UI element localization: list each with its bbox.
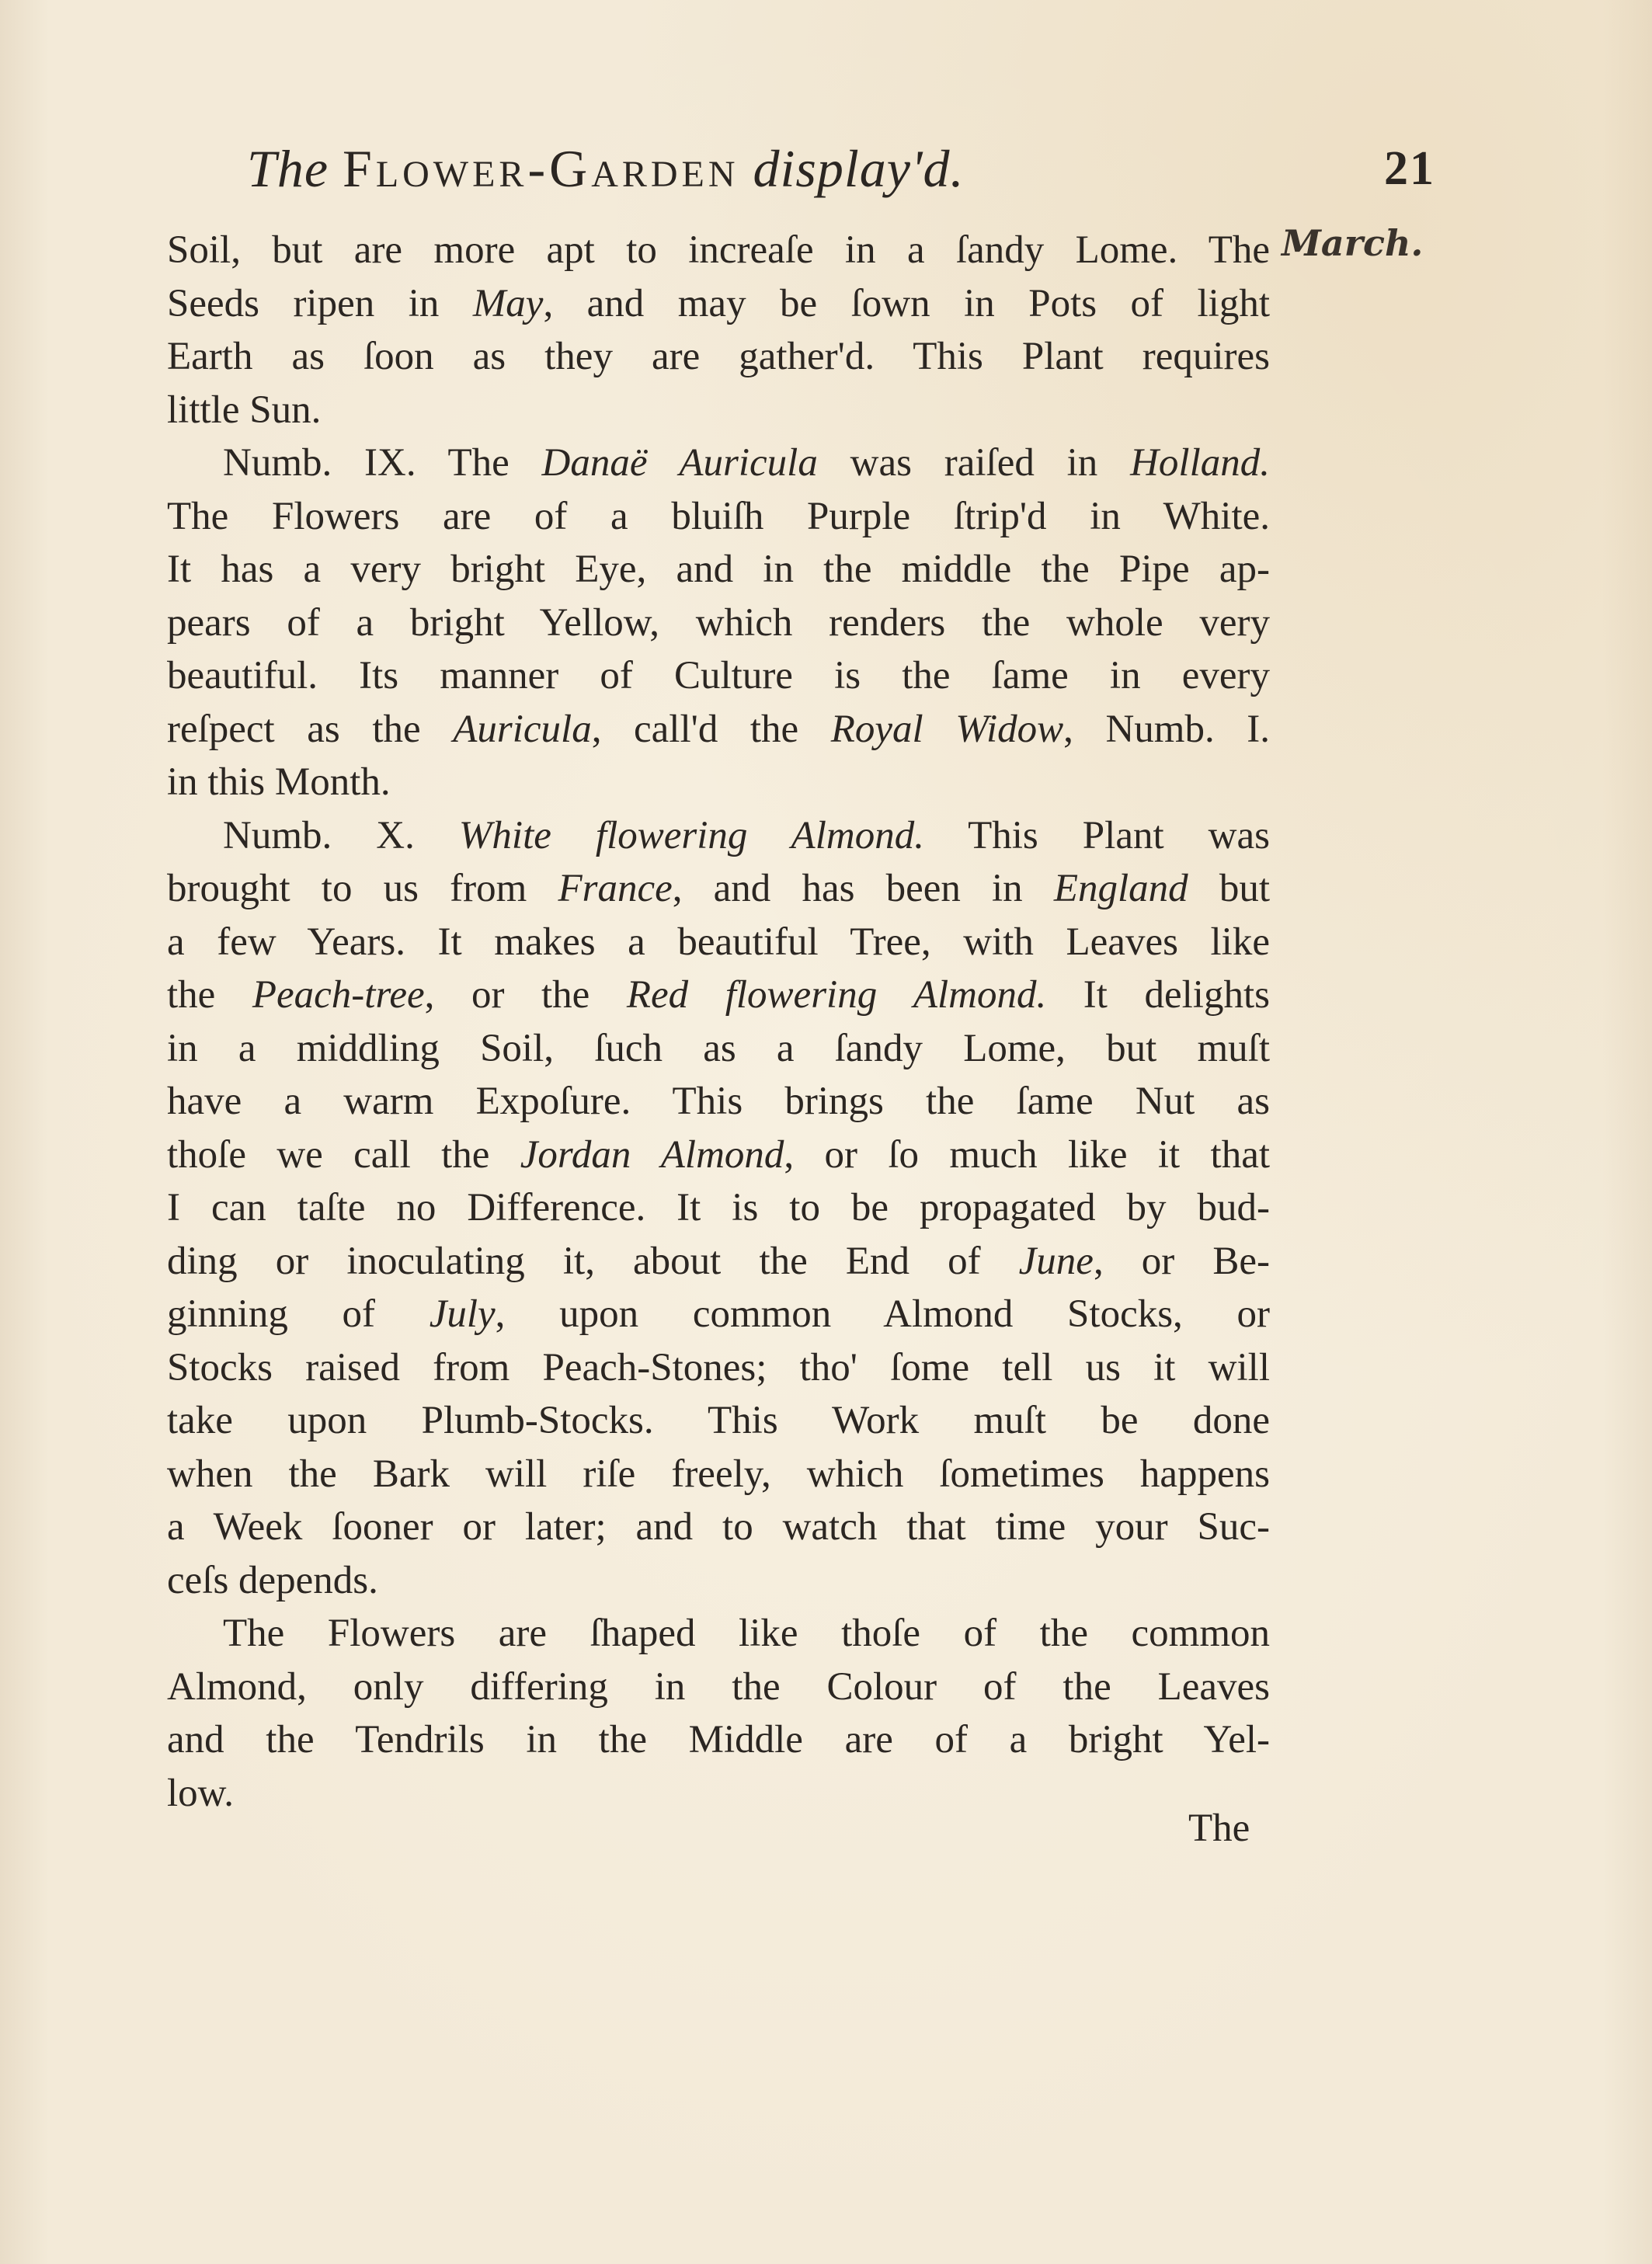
text-line: have a warm Expoſure. This brings the ſa… — [167, 1075, 1270, 1129]
running-title: The Flower-Garden display'd. — [247, 138, 965, 200]
body-text: Soil, but are more apt to increaſe in a … — [167, 224, 1270, 1820]
italic-term: Auricula — [453, 708, 591, 751]
text-segment: , Numb. I. — [1063, 708, 1270, 751]
text-segment: , and has been in — [673, 867, 1054, 910]
catchword: The — [1188, 1806, 1250, 1851]
text-line: the Peach-tree, or the Red flowering Alm… — [167, 969, 1270, 1022]
text-line: ceſs depends. — [167, 1554, 1270, 1608]
text-segment: the — [167, 973, 252, 1017]
text-line: and the Tendrils in the Middle are of a … — [167, 1713, 1270, 1767]
italic-term: May — [473, 282, 544, 325]
text-line: The Flowers are of a bluiſh Purple ſtrip… — [167, 490, 1270, 544]
text-line: Stocks raised from Peach-Stones; tho' ſo… — [167, 1341, 1270, 1395]
text-segment: reſpect as the — [167, 708, 453, 751]
text-segment: Numb. X. — [223, 814, 459, 857]
text-segment: , and may be ſown in Pots of light — [543, 282, 1270, 325]
text-line: Seeds ripen in May, and may be ſown in P… — [167, 277, 1270, 331]
text-segment: The Flowers are ſhaped like thoſe of the… — [223, 1612, 1270, 1655]
italic-term: Holland. — [1130, 441, 1270, 485]
text-line: when the Bark will riſe freely, which ſo… — [167, 1448, 1270, 1501]
text-line: Almond, only differing in the Colour of … — [167, 1661, 1270, 1714]
text-line: low. — [167, 1767, 1270, 1821]
text-segment: Stocks raised from Peach-Stones; tho' ſo… — [167, 1346, 1270, 1389]
text-line: pears of a bright Yellow, which renders … — [167, 596, 1270, 650]
text-segment: ceſs depends. — [167, 1559, 378, 1602]
text-line: The Flowers are ſhaped like thoſe of the… — [167, 1607, 1270, 1661]
text-line: reſpect as the Auricula, call'd the Roya… — [167, 703, 1270, 756]
text-line: Numb. IX. The Danaë Auricula was raiſed … — [167, 436, 1270, 490]
text-segment: ding or inoculating it, about the End of — [167, 1240, 1019, 1283]
text-line: a Week ſooner or later; and to watch tha… — [167, 1501, 1270, 1554]
text-segment: but — [1188, 867, 1270, 910]
text-segment: It has a very bright Eye, and in the mid… — [167, 548, 1270, 591]
text-line: brought to us from France, and has been … — [167, 862, 1270, 916]
text-segment: in this Month. — [167, 760, 391, 804]
title-prefix: The — [247, 139, 329, 198]
text-segment: take upon Plumb-Stocks. This Work muſt b… — [167, 1399, 1270, 1442]
italic-term: June — [1019, 1240, 1094, 1283]
text-segment: thoſe we call the — [167, 1133, 520, 1177]
text-line: a few Years. It makes a beautiful Tree, … — [167, 916, 1270, 969]
text-line: thoſe we call the Jordan Almond, or ſo m… — [167, 1129, 1270, 1182]
italic-term: England — [1054, 867, 1188, 910]
italic-term: Jordan Almond — [520, 1133, 784, 1177]
italic-term: Peach-tree — [252, 973, 425, 1017]
text-segment: ginning of — [167, 1292, 430, 1336]
text-segment: , upon common Almond Stocks, or — [496, 1292, 1270, 1336]
italic-term: July — [430, 1292, 496, 1336]
text-line: It has a very bright Eye, and in the mid… — [167, 543, 1270, 596]
text-line: in a middling Soil, ſuch as a ſandy Lome… — [167, 1022, 1270, 1076]
text-segment: beautiful. Its manner of Culture is the … — [167, 654, 1270, 697]
text-line: little Sun. — [167, 384, 1270, 437]
text-segment: Seeds ripen in — [167, 282, 473, 325]
italic-term: Red flowering Almond. — [627, 973, 1046, 1017]
italic-term: Royal Widow — [831, 708, 1063, 751]
text-line: beautiful. Its manner of Culture is the … — [167, 649, 1270, 703]
text-line: ginning of July, upon common Almond Stoc… — [167, 1288, 1270, 1341]
text-segment: pears of a bright Yellow, which renders … — [167, 601, 1270, 645]
text-segment: Earth as ſoon as they are gather'd. This… — [167, 335, 1270, 378]
page-number: 21 — [1384, 141, 1435, 196]
italic-term: White flowering Almond. — [459, 814, 924, 857]
text-line: Soil, but are more apt to increaſe in a … — [167, 224, 1270, 277]
text-segment: , or ſo much like it that — [784, 1133, 1270, 1177]
text-segment: , or the — [425, 973, 627, 1017]
text-line: I can taſte no Difference. It is to be p… — [167, 1181, 1270, 1235]
text-segment: a few Years. It makes a beautiful Tree, … — [167, 920, 1270, 964]
text-segment: and the Tendrils in the Middle are of a … — [167, 1718, 1270, 1761]
text-segment: brought to us from — [167, 867, 558, 910]
italic-term: France — [558, 867, 672, 910]
text-segment: have a warm Expoſure. This brings the ſa… — [167, 1080, 1270, 1123]
text-segment: low. — [167, 1772, 234, 1815]
text-line: in this Month. — [167, 756, 1270, 809]
text-segment: This Plant was — [924, 814, 1270, 857]
italic-term: Danaë Auricula — [542, 441, 818, 485]
text-segment: was raiſed in — [818, 441, 1130, 485]
text-segment: Soil, but are more apt to increaſe in a … — [167, 228, 1270, 272]
text-segment: in a middling Soil, ſuch as a ſandy Lome… — [167, 1027, 1270, 1070]
text-segment: The Flowers are of a bluiſh Purple ſtrip… — [167, 495, 1270, 538]
text-segment: , call'd the — [592, 708, 831, 751]
text-segment: I can taſte no Difference. It is to be p… — [167, 1186, 1270, 1229]
text-segment: , or Be- — [1094, 1240, 1270, 1283]
text-line: ding or inoculating it, about the End of… — [167, 1235, 1270, 1288]
text-line: take upon Plumb-Stocks. This Work muſt b… — [167, 1394, 1270, 1448]
title-main: Flower-Garden — [343, 139, 739, 198]
title-suffix: display'd. — [753, 139, 965, 198]
text-line: Numb. X. White flowering Almond. This Pl… — [167, 809, 1270, 863]
text-segment: Almond, only differing in the Colour of … — [167, 1665, 1270, 1709]
text-segment: little Sun. — [167, 388, 321, 432]
marginal-note-month: March. — [1282, 222, 1423, 264]
text-line: Earth as ſoon as they are gather'd. This… — [167, 330, 1270, 384]
text-segment: a Week ſooner or later; and to watch tha… — [167, 1505, 1270, 1549]
running-header: The Flower-Garden display'd. 21 — [247, 138, 1435, 208]
text-segment: when the Bark will riſe freely, which ſo… — [167, 1452, 1270, 1496]
text-segment: Numb. IX. The — [223, 441, 542, 485]
text-segment: It delights — [1046, 973, 1270, 1017]
